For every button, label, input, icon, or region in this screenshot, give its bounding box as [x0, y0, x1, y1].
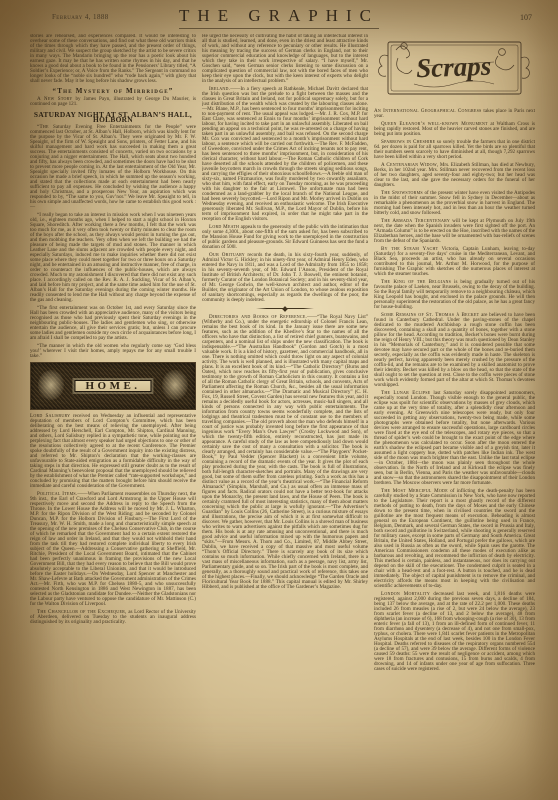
article-paragraph: Our Obituary records the death, in his s…: [202, 253, 368, 303]
article-paragraph: Directories and Books of Reference.——“Th…: [202, 315, 368, 590]
scrap-text: is being gradually turned out of his fav…: [374, 279, 535, 310]
paragraph-text: received on Wednesday an influential and…: [30, 413, 196, 489]
scrap-item: The Snowstorms of the present winter hav…: [374, 191, 535, 216]
paragraph-text: ——In a fiery speech at Rathkeale, Michae…: [202, 86, 368, 222]
article-paragraph: Political Items.——When Parliament reasse…: [30, 492, 196, 607]
scraps-banner-caption: Scraps: [416, 51, 492, 84]
scrap-text: decreased last week, and 1,816 deaths we…: [374, 591, 535, 672]
article-paragraph: He urged the necessity of cultivating th…: [202, 34, 368, 84]
section-divider: [256, 306, 314, 311]
scrap-item: London Mortality decreased last week, an…: [374, 592, 535, 672]
paragraph-text: ——“The Royal Navy List” (Witherby and Co…: [202, 314, 368, 590]
page-number: 107: [520, 13, 532, 22]
paragraph-text: ——When Parliament reassembles on Thursda…: [30, 491, 196, 607]
story-title-heading: “The Mystery of Mirbridge”: [30, 89, 196, 94]
article-paragraph: Lord Salisbury received on Wednesday an …: [30, 414, 196, 489]
diamond-icon: [282, 306, 288, 312]
scrap-item: The Most Merciful Mode of inflicting the…: [374, 489, 535, 589]
article-paragraph: The Chancellor of the Exchequer, as Lord…: [30, 610, 196, 625]
scrap-item: Some Remains of St. Thomas à Becket are …: [374, 313, 535, 388]
article-paragraph: Lord Meath appeals to the generosity of …: [202, 225, 368, 250]
scrap-item: A Centenarian Widow, Mrs. Elizabeth Stil…: [374, 163, 535, 188]
article-paragraph: stories are rehearsed, and experiences c…: [30, 34, 196, 84]
paragraph-text: records the death, in his sixty-fourth y…: [202, 252, 368, 303]
scrap-text: last Saturday sorely disappointed astron…: [374, 390, 535, 486]
scrap-item: An International Geographical Congress t…: [374, 109, 535, 119]
column-middle: He urged the necessity of cultivating th…: [202, 34, 368, 790]
article-paragraph: “The first entertainment was on October …: [30, 306, 196, 341]
article-heading-st-albans: SATURDAY NIGHT AT ST. ALBAN’S HALL, HOLB…: [30, 112, 196, 122]
scrap-item: By the Steam Yacht Victoria, Captain Lun…: [374, 247, 535, 277]
masthead-title: THE GRAPHIC: [0, 6, 558, 26]
header-rule: [179, 28, 379, 29]
scrap-item: Sparrows in Cheshire so sorely trouble t…: [374, 140, 535, 160]
story-note: A New Story by James Payn, illustrated b…: [30, 97, 196, 107]
scrap-item: The Lunar Eclipse last Saturday sorely d…: [374, 391, 535, 486]
article-paragraph: “I really began to take an interest in m…: [30, 213, 196, 303]
home-banner-caption: HOME.: [74, 380, 151, 392]
scrap-item: Queen Eleanor’s well-known Monument at W…: [374, 122, 535, 137]
column-left: stories are rehearsed, and experiences c…: [30, 34, 196, 790]
scrap-text: of inflicting the death-penalty has been…: [374, 488, 535, 589]
newspaper-page: February 4, 1888 THE GRAPHIC 107 stories…: [0, 0, 558, 800]
article-paragraph: “The manner in which the old women who r…: [30, 344, 196, 359]
scrap-lead: An International Geographical Congress: [374, 108, 482, 114]
column-right: Scraps An International Geographical Con…: [374, 34, 535, 790]
scrap-item: The Armada Tercentenary will be kept at …: [374, 219, 535, 244]
scrap-item: The King of the Belgians is being gradua…: [374, 280, 535, 310]
scrap-text: Victoria, Captain Lunham, leaving to-day…: [374, 246, 535, 277]
scrap-text: are believed to have been found in Cante…: [374, 312, 535, 388]
article-paragraph: Ireland.——In a fiery speech at Rathkeale…: [202, 87, 368, 222]
scraps-banner-illustration: Scraps: [374, 36, 535, 104]
article-paragraph: “The Saturday Evening Free Entertainment…: [30, 125, 196, 210]
paragraph-text: Saturday Evening Free Entertainments for…: [30, 124, 196, 210]
home-banner-illustration: HOME.: [31, 363, 195, 409]
